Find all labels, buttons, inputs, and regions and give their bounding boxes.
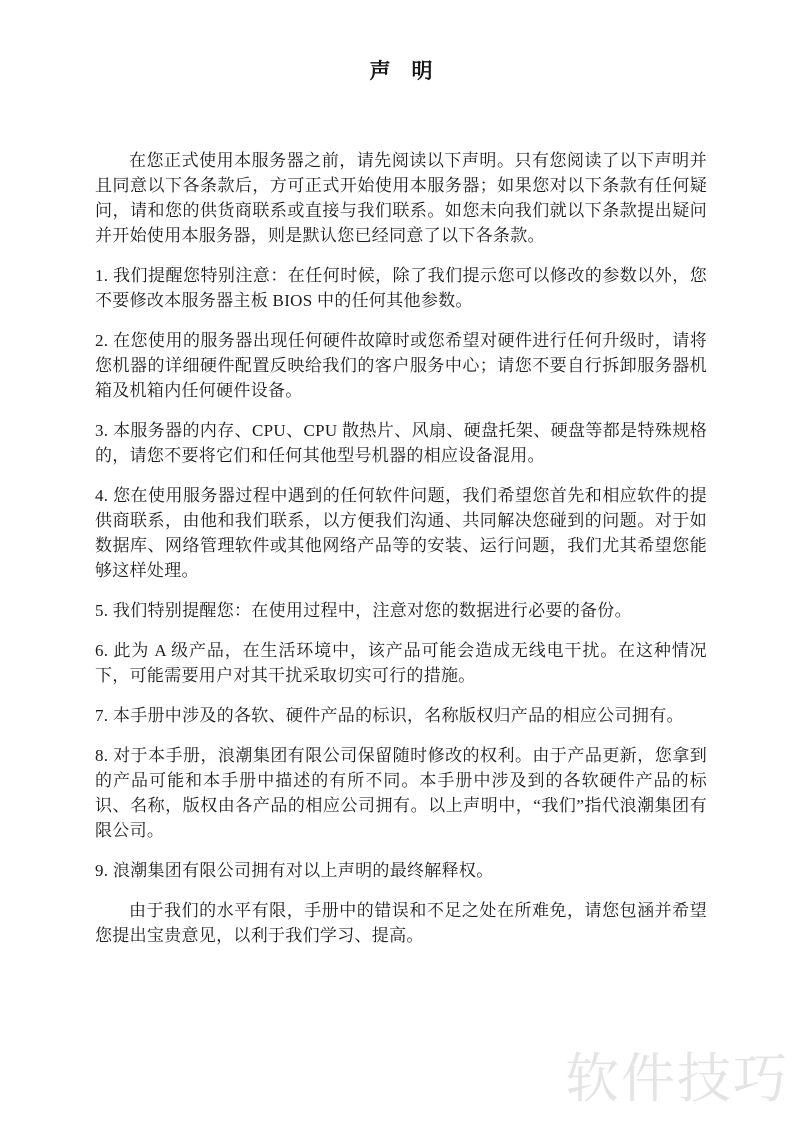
statement-item-6: 6. 此为 A 级产品，在生活环境中，该产品可能会造成无线电干扰。在这种情况下，… [95,638,707,688]
statement-item-9: 9. 浪潮集团有限公司拥有对以上声明的最终解释权。 [95,858,707,883]
statement-item-1: 1. 我们提醒您特别注意：在任何时候，除了我们提示您可以修改的参数以外，您不要修… [95,263,707,313]
intro-paragraph: 在您正式使用本服务器之前，请先阅读以下声明。只有您阅读了以下声明并且同意以下各条… [95,148,707,248]
page-title: 声 明 [95,58,707,84]
statement-item-7: 7. 本手册中涉及的各软、硬件产品的标识，名称版权归产品的相应公司拥有。 [95,703,707,728]
watermark: 软件技巧 [565,1036,789,1113]
statement-item-8: 8. 对于本手册，浪潮集团有限公司保留随时修改的权利。由于产品更新，您拿到的产品… [95,743,707,843]
statement-content: 声 明 在您正式使用本服务器之前，请先阅读以下声明。只有您阅读了以下声明并且同意… [95,58,707,963]
statement-item-5: 5. 我们特别提醒您：在使用过程中，注意对您的数据进行必要的备份。 [95,598,707,623]
document-page: 声 明 在您正式使用本服务器之前，请先阅读以下声明。只有您阅读了以下声明并且同意… [0,0,800,1131]
closing-paragraph: 由于我们的水平有限，手册中的错误和不足之处在所难免，请您包涵并希望您提出宝贵意见… [95,898,707,948]
statement-item-2: 2. 在您使用的服务器出现任何硬件故障时或您希望对硬件进行任何升级时，请将您机器… [95,328,707,403]
statement-item-3: 3. 本服务器的内存、CPU、CPU 散热片、风扇、硬盘托架、硬盘等都是特殊规格… [95,418,707,468]
statement-item-4: 4. 您在使用服务器过程中遇到的任何软件问题，我们希望您首先和相应软件的提供商联… [95,483,707,583]
